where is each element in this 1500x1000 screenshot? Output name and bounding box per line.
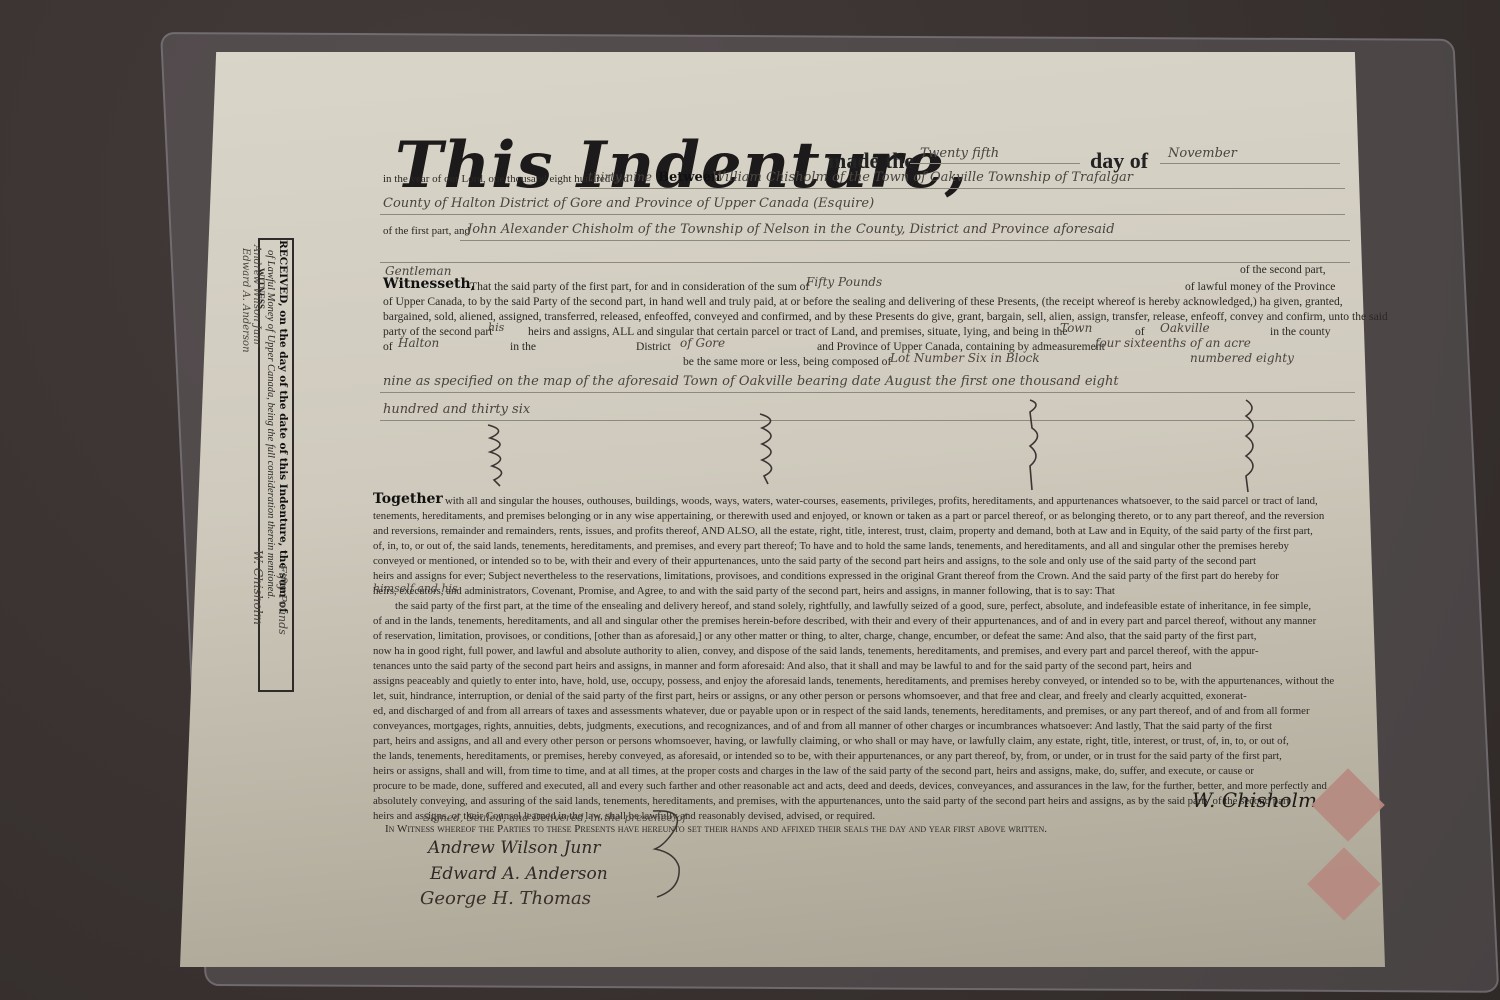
- body-line: conveyances, mortgages, rights, annuitie…: [373, 719, 1272, 735]
- witness-line-5c: District: [636, 339, 671, 355]
- witness-line-5b: in the: [510, 339, 536, 355]
- blank-fill-flourish: [1010, 398, 1050, 498]
- rule: [910, 163, 1080, 164]
- hand-place-name: Oakville: [1160, 321, 1210, 335]
- grantor-signature: W. Chisholm: [1192, 788, 1317, 812]
- blank-fill-flourish: [480, 420, 520, 490]
- witness-line-4d: in the county: [1270, 324, 1331, 340]
- body-line: of and in the lands, tenements, heredita…: [373, 614, 1316, 630]
- hand-measurement: four sixteenths of an acre: [1095, 336, 1251, 350]
- wafer-seal-2: [1307, 847, 1381, 921]
- second-part-label: of the second part,: [1240, 262, 1326, 278]
- body-line: the lands, tenements, hereditaments, or …: [373, 749, 1282, 765]
- witness-line-2: of Upper Canada, to by the said Party of…: [383, 294, 1343, 310]
- body-line: and reversions, remainder and remainders…: [373, 524, 1313, 540]
- hand-year: thirty nine: [588, 170, 652, 184]
- hand-district: of Gore: [680, 336, 725, 350]
- hand-county: Halton: [398, 336, 439, 350]
- body-line: conveyed or mentioned, or intended so to…: [373, 554, 1256, 570]
- body-line: heirs, executors, and administrators, Co…: [373, 584, 1115, 600]
- body-line: assigns peaceably and quietly to enter i…: [373, 674, 1334, 690]
- body-line: let, suit, hindrance, interruption, or d…: [373, 689, 1247, 705]
- body-line: tenements, hereditaments, and premises b…: [373, 509, 1324, 525]
- body-line: heirs or assigns, shall and will, from t…: [373, 764, 1254, 780]
- rule: [380, 392, 1355, 393]
- rule: [380, 420, 1355, 421]
- brace-flourish: [645, 805, 695, 905]
- witnesseth-label: Witnesseth,: [383, 276, 476, 292]
- hand-sum: Fifty Pounds: [806, 275, 882, 289]
- hand-party-first: William Chisholm of the Town of Oakville…: [712, 170, 1133, 185]
- document-content: This Indenture, made the Twenty fifth da…: [0, 0, 1500, 1000]
- witness-signature-1: Andrew Wilson Junr: [428, 838, 600, 858]
- received-label: RECEIVED, on the day of the date of this…: [277, 240, 289, 613]
- witness-signature-2: Edward A. Anderson: [430, 864, 608, 884]
- blank-fill-flourish: [1230, 398, 1270, 498]
- hand-party-first-cont: County of Halton District of Gore and Pr…: [383, 196, 874, 211]
- body-line: of reservation, limitation, provisoes, o…: [373, 629, 1256, 645]
- blank-fill-flourish: [750, 410, 790, 490]
- body-line: tenances unto the said party of the seco…: [373, 659, 1192, 675]
- receipt-sum-hand: Fifty Pounds: [276, 565, 289, 635]
- rule: [460, 240, 1350, 241]
- receipt-witness-hand-2: Edward A. Anderson: [240, 248, 251, 353]
- rule: [380, 214, 1345, 215]
- hand-day: Twenty fifth: [920, 146, 999, 161]
- first-part-and-label: of the first part, and: [383, 224, 470, 240]
- rule: [580, 188, 1345, 189]
- in-witness-line: In Witness whereof the Parties to these …: [385, 822, 1047, 838]
- body-line: part, heirs and assigns, and all and eve…: [373, 734, 1289, 750]
- witness-line-1b: of lawful money of the Province: [1185, 279, 1335, 295]
- hand-party-second: John Alexander Chisholm of the Township …: [467, 222, 1115, 237]
- witness-line-1: That the said party of the first part, f…: [470, 279, 809, 295]
- receipt-signature: W. Chisholm: [251, 550, 265, 625]
- together-label: Together: [373, 491, 443, 507]
- rule: [1160, 163, 1340, 164]
- body-line: procure to be made, done, suffered and e…: [373, 779, 1327, 795]
- rule: [380, 262, 1350, 263]
- hand-place-type: Town: [1060, 321, 1092, 335]
- hand-numbered: numbered eighty: [1190, 351, 1294, 365]
- hand-description-1: nine as specified on the map of the afor…: [383, 374, 1119, 389]
- receipt-witness-hand-1: Andrew Wilson Junr: [251, 245, 262, 346]
- body-line: ed, and discharged of and from all arrea…: [373, 704, 1310, 720]
- body-line: absolutely conveying, and assuring of th…: [373, 794, 1290, 810]
- hand-lot: Lot Number Six in Block: [890, 351, 1040, 365]
- witness-line-4b: heirs and assigns, ALL and singular that…: [528, 324, 1068, 340]
- witness-signature-3: George H. Thomas: [420, 888, 591, 909]
- body-line: heirs and assigns for ever; Subject neve…: [373, 569, 1279, 585]
- witness-line-6: be the same more or less, being composed…: [683, 354, 891, 370]
- body-line: of, in, to, or out of, the said lands, t…: [373, 539, 1289, 555]
- hand-description-2: hundred and thirty six: [383, 402, 530, 417]
- witness-line-3: bargained, sold, aliened, assigned, tran…: [383, 309, 1388, 325]
- hand-his: his: [488, 321, 504, 334]
- witness-line-5a: of: [383, 339, 393, 355]
- body-line: the said party of the first part, at the…: [395, 599, 1311, 615]
- body-line: now ha in good right, full power, and la…: [373, 644, 1259, 660]
- body-line: with all and singular the houses, outhou…: [445, 494, 1318, 510]
- hand-month: November: [1168, 146, 1237, 161]
